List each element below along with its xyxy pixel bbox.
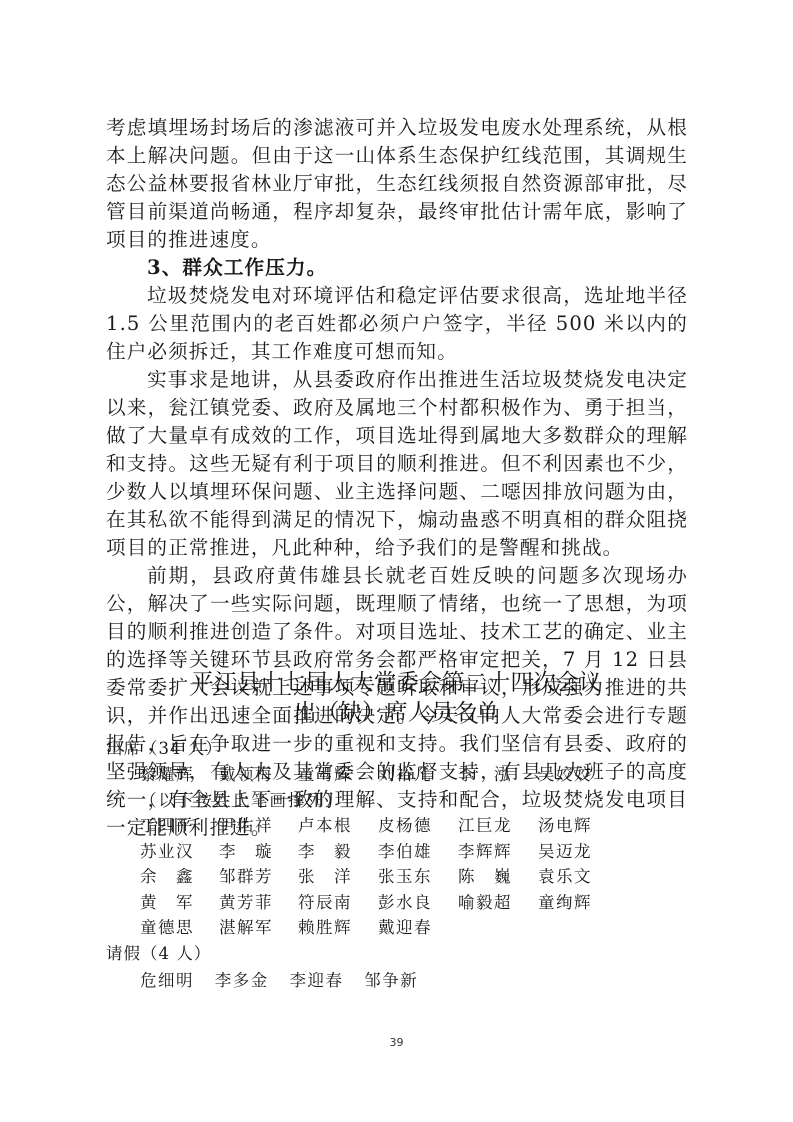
attendance-title-line1: 平江县十七届人大常委会第二十四次会议	[0, 668, 793, 698]
attendee-name: 李伯雄	[378, 839, 432, 865]
leave-label: 请假（4 人）	[106, 941, 706, 967]
members-row-2: 苏业汉 李 璇 李 毅 李伯雄 李辉辉 吴迈龙	[106, 839, 706, 865]
attendee-name: 戴迎春	[378, 915, 432, 941]
members-row-5: 童德思 湛解军 赖胜辉 戴迎春	[106, 915, 706, 941]
attendee-name: 李辉辉	[458, 839, 512, 865]
page-number: 39	[0, 1036, 793, 1049]
leave-members-row: 危细明 李多金 李迎春 邹争新	[106, 967, 706, 995]
attendee-name: 黄 军	[140, 890, 194, 916]
paragraph-local-support: 实事求是地讲，从县委政府作出推进生活垃圾焚烧发电决定以来，瓮江镇党委、政府及属地…	[106, 366, 688, 562]
attendee-name: 童绚辉	[538, 890, 592, 916]
attendee-name: 黎耀辉	[140, 762, 194, 788]
absentee-name: 危细明	[140, 967, 194, 995]
attendee-name: 苏业汉	[140, 839, 194, 865]
attendee-name: 李 毅	[298, 839, 352, 865]
attendee-name: 邹群芳	[219, 864, 273, 890]
attendee-name: 皮杨德	[378, 813, 432, 839]
attendance-roster: 出席（34 人） 黎耀辉 戴领梅 童驾辉 刘裕凡 李 泓 吴姣姣 （以下按姓氏笔…	[106, 736, 706, 995]
members-row-1: 丁四平 尹佑祥 卢本根 皮杨德 江巨龙 汤电辉	[106, 813, 706, 839]
attendee-name: 童驾辉	[298, 762, 352, 788]
paragraph-environment-assessment: 垃圾焚烧发电对环境评估和稳定评估要求很高，选址地半径 1.5 公里范围内的老百姓…	[106, 282, 688, 366]
attendee-name: 童德思	[140, 915, 194, 941]
attendee-name: 袁乐文	[538, 864, 592, 890]
members-row-4: 黄 军 黄芳菲 符辰南 彭水良 喻毅超 童绚辉	[106, 890, 706, 916]
attendee-name: 尹佑祥	[219, 813, 273, 839]
attendee-name: 余 鑫	[140, 864, 194, 890]
attendee-name: 汤电辉	[538, 813, 592, 839]
present-label: 出席（34 人）	[106, 736, 706, 762]
attendee-name: 符辰南	[298, 890, 352, 916]
attendee-name: 吴迈龙	[538, 839, 592, 865]
document-page: 考虑填埋场封场后的渗滤液可并入垃圾发电废水处理系统，从根本上解决问题。但由于这一…	[0, 0, 793, 1122]
section-heading-public-pressure: 3、群众工作压力。	[106, 254, 688, 282]
order-note: （以下按姓氏笔画排列）	[106, 788, 706, 814]
absentee-name: 邹争新	[364, 967, 418, 995]
absentee-name: 李迎春	[290, 967, 344, 995]
attendee-name: 丁四平	[140, 813, 194, 839]
attendee-name: 陈 巍	[458, 864, 512, 890]
attendee-name: 彭水良	[378, 890, 432, 916]
attendee-name: 黄芳菲	[219, 890, 273, 916]
attendee-name: 卢本根	[298, 813, 352, 839]
attendee-name: 张玉东	[378, 864, 432, 890]
attendance-title-line2: 出（缺）席人员名单	[0, 698, 793, 728]
absentee-name: 李多金	[215, 967, 269, 995]
attendance-title: 平江县十七届人大常委会第二十四次会议 出（缺）席人员名单	[0, 668, 793, 728]
members-row-3: 余 鑫 邹群芳 张 洋 张玉东 陈 巍 袁乐文	[106, 864, 706, 890]
attendee-name: 戴领梅	[219, 762, 273, 788]
attendee-name: 湛解军	[219, 915, 273, 941]
paragraph-approval-delay: 考虑填埋场封场后的渗滤液可并入垃圾发电废水处理系统，从根本上解决问题。但由于这一…	[106, 114, 688, 254]
attendee-name: 刘裕凡	[378, 762, 432, 788]
attendee-name: 江巨龙	[458, 813, 512, 839]
report-body: 考虑填埋场封场后的渗滤液可并入垃圾发电废水处理系统，从根本上解决问题。但由于这一…	[106, 114, 688, 842]
attendee-name: 李 璇	[219, 839, 273, 865]
attendee-name: 李 泓	[458, 762, 512, 788]
attendee-name: 喻毅超	[458, 890, 512, 916]
attendee-name: 张 洋	[298, 864, 352, 890]
attendee-name: 吴姣姣	[538, 762, 592, 788]
leaders-row: 黎耀辉 戴领梅 童驾辉 刘裕凡 李 泓 吴姣姣	[106, 762, 706, 788]
attendee-name: 赖胜辉	[298, 915, 352, 941]
